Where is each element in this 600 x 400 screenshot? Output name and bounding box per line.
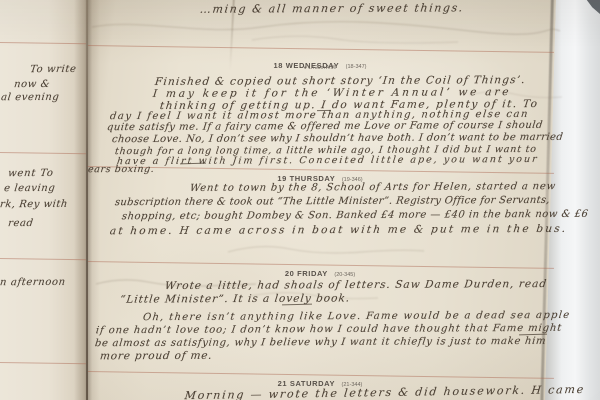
moon-phase-note: ● 1h 29m A.M. — [90, 65, 550, 71]
handwriting-line: “Little Minister”. It is a lovely book. — [119, 292, 351, 305]
diary-photo: …ming & all manner of sweet things. 18 W… — [0, 0, 600, 400]
gutter-crease — [86, 0, 88, 400]
handwriting-line: …ming & all manner of sweet things. — [199, 1, 465, 15]
handwriting-line: at home. H came across in boat with me &… — [109, 223, 568, 237]
day-label: 20 FRIDAY — [285, 269, 328, 278]
facing-page-fragment: now & — [13, 79, 50, 90]
handwriting-line: more proud of me. — [99, 350, 213, 363]
handwriting-line: Wrote a little, had shoals of letters. S… — [164, 278, 548, 292]
facing-page-fragment: rk, Rey with — [0, 199, 68, 210]
facing-page-fragment: went To — [7, 168, 54, 179]
facing-page-fragment: al evening — [0, 92, 60, 103]
facing-page-fragment: To write — [29, 64, 77, 75]
facing-page-fragment: n afternoon — [0, 277, 66, 288]
facing-page-fragment: e leaving — [3, 183, 56, 194]
day-of-year-note: (20-345) — [334, 272, 355, 278]
handwriting-line: Went to town by the 8, School of Arts fo… — [189, 181, 556, 194]
handwriting-line: have a flirt with Jim first. Conceited l… — [116, 154, 539, 167]
handwriting-line: subscription there & took out “The Littl… — [114, 195, 550, 208]
handwriting-line: Oh, there isn’t anything like Love. Fame… — [142, 310, 571, 323]
facing-page-fragment: read — [7, 218, 34, 229]
handwriting-line: quite satisfy me. If a fairy came & offe… — [106, 120, 543, 133]
